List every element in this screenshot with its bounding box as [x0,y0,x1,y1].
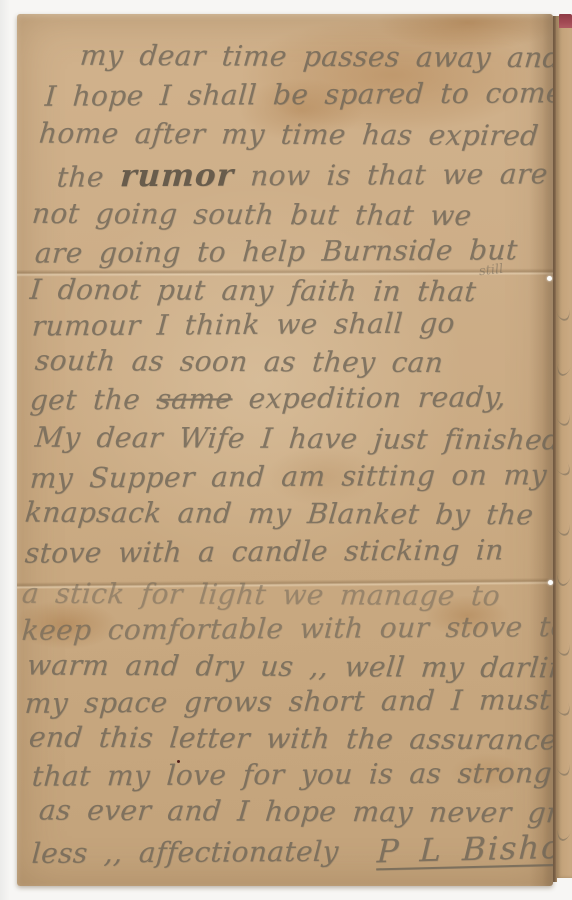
line-text: now is that we are [233,157,549,192]
letter-line-17: warm and dry us ,, well my darling [26,649,572,686]
letter-line-21: as ever and I hope may never grow [38,794,572,831]
letter-line-12: my Supper and am sitting on my [29,458,548,496]
letter-line-01: my dear time passes away and [79,39,563,76]
page2-writing-fragment [555,760,571,778]
line-text: get the [29,383,158,417]
retraced-word: rumor [119,157,235,194]
letter-line-02: I hope I shall be spared to come [44,76,564,114]
letter-line-04: the rumor now is that we are [56,156,549,194]
page2-writing-fragment [555,570,571,588]
page2-writing-fragment [555,305,571,323]
signature: P L Bishop [376,829,572,868]
letter-line-11: My dear Wife I have just finished [34,421,562,458]
page2-writing-fragment [554,459,572,478]
closing-text: less ,, affectionately [31,835,340,870]
letter-line-22: less ,, affectionatelyP L Bishop [31,831,572,871]
fold-notch-speck [547,276,552,281]
page2-writing-fragment [555,410,571,428]
fold-notch-speck [548,580,553,585]
letter-line-14: stove with a candle sticking in [24,533,505,570]
letter-line-03: home after my time has expired ,, [38,117,572,154]
page2-writing-fragment [555,824,572,842]
paper-speck [177,760,180,763]
page2-writing-fragment [555,640,571,658]
scanned-letter-view: my dear time passes away and I hope I sh… [0,0,572,900]
letter-page: my dear time passes away and I hope I sh… [17,14,553,886]
adjacent-page-edge [557,16,572,878]
letter-line-06: are going to help Burnside but [34,233,519,270]
line-text: expedition ready, [231,380,507,415]
letter-line-09: south as soon as they can [34,344,445,380]
letter-line-20: that my love for you is as strong [31,756,553,794]
adjacent-page-red-edge [559,14,572,28]
letter-line-13: knapsack and my Blanket by the [24,496,535,533]
letter-line-07: I donot put any faith in that [29,273,478,309]
letter-line-18: my space grows short and I must [24,683,552,721]
line-text: the [56,160,121,193]
page2-writing-fragment [555,520,571,538]
interlinear-note: still [478,262,504,279]
letter-line-10: get the same expedition ready, [29,380,507,417]
letter-line-08: rumour I think we shall go [31,307,456,344]
page2-writing-fragment [555,359,572,378]
letter-line-19: end this letter with the assurance [28,721,559,758]
letter-line-05: not going south but that we [31,197,474,233]
struck-word: same [156,382,234,416]
letter-line-16: keep comfortable with our stove to [21,610,569,648]
page2-writing-fragment [555,699,572,718]
letter-line-15: a stick for light we manage to [21,577,502,614]
